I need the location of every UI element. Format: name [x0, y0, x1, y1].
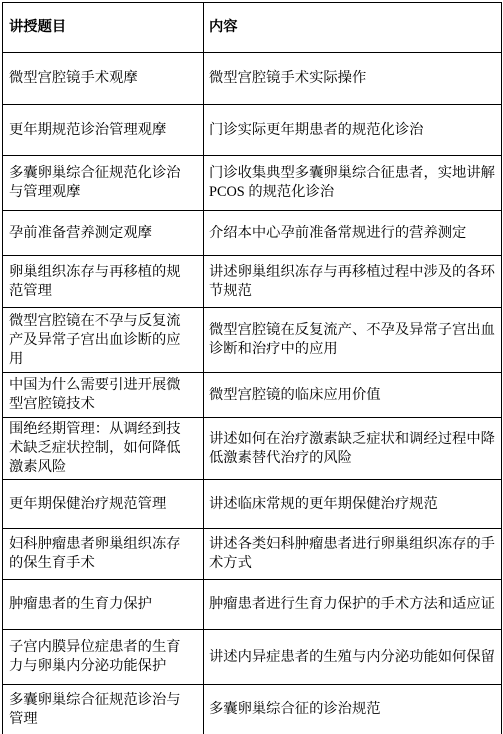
topic-cell: 多囊卵巢综合征规范化诊治与管理观摩 — [3, 156, 204, 211]
table-row: 更年期保健治疗规范管理讲述临床常规的更年期保健治疗规范 — [3, 480, 502, 529]
content-cell: 微型宫腔镜手术实际操作 — [204, 53, 502, 105]
topic-cell: 多囊卵巢综合征规范诊治与管理 — [3, 685, 204, 734]
content-cell: 讲述各类妇科肿瘤患者进行卵巢组织冻存的手术方式 — [204, 529, 502, 580]
topic-cell: 更年期规范诊治管理观摩 — [3, 105, 204, 156]
content-cell: 讲述如何在治疗激素缺乏症状和调经过程中降低激素替代治疗的风险 — [204, 418, 502, 480]
table-row: 微型宫腔镜手术观摩微型宫腔镜手术实际操作 — [3, 53, 502, 105]
topic-cell: 孕前准备营养测定观摩 — [3, 211, 204, 256]
lecture-schedule-table: 讲授题目 内容 微型宫腔镜手术观摩微型宫腔镜手术实际操作更年期规范诊治管理观摩门… — [2, 2, 502, 734]
topic-cell: 子宫内膜异位症患者的生育力与卵巢内分泌功能保护 — [3, 630, 204, 685]
topic-cell: 卵巢组织冻存与再移植的规范管理 — [3, 256, 204, 308]
content-cell: 介绍本中心孕前准备常规进行的营养测定 — [204, 211, 502, 256]
table-row: 妇科肿瘤患者卵巢组织冻存的保生育手术讲述各类妇科肿瘤患者进行卵巢组织冻存的手术方… — [3, 529, 502, 580]
content-cell: 门诊实际更年期患者的规范化诊治 — [204, 105, 502, 156]
topic-cell: 微型宫腔镜手术观摩 — [3, 53, 204, 105]
document-page: 讲授题目 内容 微型宫腔镜手术观摩微型宫腔镜手术实际操作更年期规范诊治管理观摩门… — [0, 0, 503, 734]
table-row: 卵巢组织冻存与再移植的规范管理讲述卵巢组织冻存与再移植过程中涉及的各环节规范 — [3, 256, 502, 308]
topic-cell: 肿瘤患者的生育力保护 — [3, 580, 204, 630]
table-row: 孕前准备营养测定观摩介绍本中心孕前准备常规进行的营养测定 — [3, 211, 502, 256]
topic-cell: 围绝经期管理：从调经到技术缺乏症状控制，如何降低激素风险 — [3, 418, 204, 480]
content-cell: 门诊收集典型多囊卵巢综合征患者，实地讲解 PCOS 的规范化诊治 — [204, 156, 502, 211]
table-row: 围绝经期管理：从调经到技术缺乏症状控制，如何降低激素风险讲述如何在治疗激素缺乏症… — [3, 418, 502, 480]
table-row: 中国为什么需要引进开展微型宫腔镜技术微型宫腔镜的临床应用价值 — [3, 373, 502, 418]
table-row: 微型宫腔镜在不孕与反复流产及异常子宫出血诊断的应用微型宫腔镜在反复流产、不孕及异… — [3, 308, 502, 373]
content-cell: 讲述临床常规的更年期保健治疗规范 — [204, 480, 502, 529]
topic-cell: 妇科肿瘤患者卵巢组织冻存的保生育手术 — [3, 529, 204, 580]
content-cell: 讲述卵巢组织冻存与再移植过程中涉及的各环节规范 — [204, 256, 502, 308]
table-row: 子宫内膜异位症患者的生育力与卵巢内分泌功能保护讲述内异症患者的生殖与内分泌功能如… — [3, 630, 502, 685]
table-row: 肿瘤患者的生育力保护肿瘤患者进行生育力保护的手术方法和适应证 — [3, 580, 502, 630]
content-cell: 微型宫腔镜的临床应用价值 — [204, 373, 502, 418]
header-row: 讲授题目 内容 — [3, 3, 502, 53]
table-row: 多囊卵巢综合征规范诊治与管理多囊卵巢综合征的诊治规范 — [3, 685, 502, 734]
column-header-topic: 讲授题目 — [3, 3, 204, 53]
content-cell: 多囊卵巢综合征的诊治规范 — [204, 685, 502, 734]
table-row: 更年期规范诊治管理观摩门诊实际更年期患者的规范化诊治 — [3, 105, 502, 156]
table-row: 多囊卵巢综合征规范化诊治与管理观摩门诊收集典型多囊卵巢综合征患者，实地讲解 PC… — [3, 156, 502, 211]
content-cell: 肿瘤患者进行生育力保护的手术方法和适应证 — [204, 580, 502, 630]
topic-cell: 中国为什么需要引进开展微型宫腔镜技术 — [3, 373, 204, 418]
topic-cell: 更年期保健治疗规范管理 — [3, 480, 204, 529]
content-cell: 微型宫腔镜在反复流产、不孕及异常子宫出血诊断和治疗中的应用 — [204, 308, 502, 373]
topic-cell: 微型宫腔镜在不孕与反复流产及异常子宫出血诊断的应用 — [3, 308, 204, 373]
column-header-content: 内容 — [204, 3, 502, 53]
content-cell: 讲述内异症患者的生殖与内分泌功能如何保留 — [204, 630, 502, 685]
